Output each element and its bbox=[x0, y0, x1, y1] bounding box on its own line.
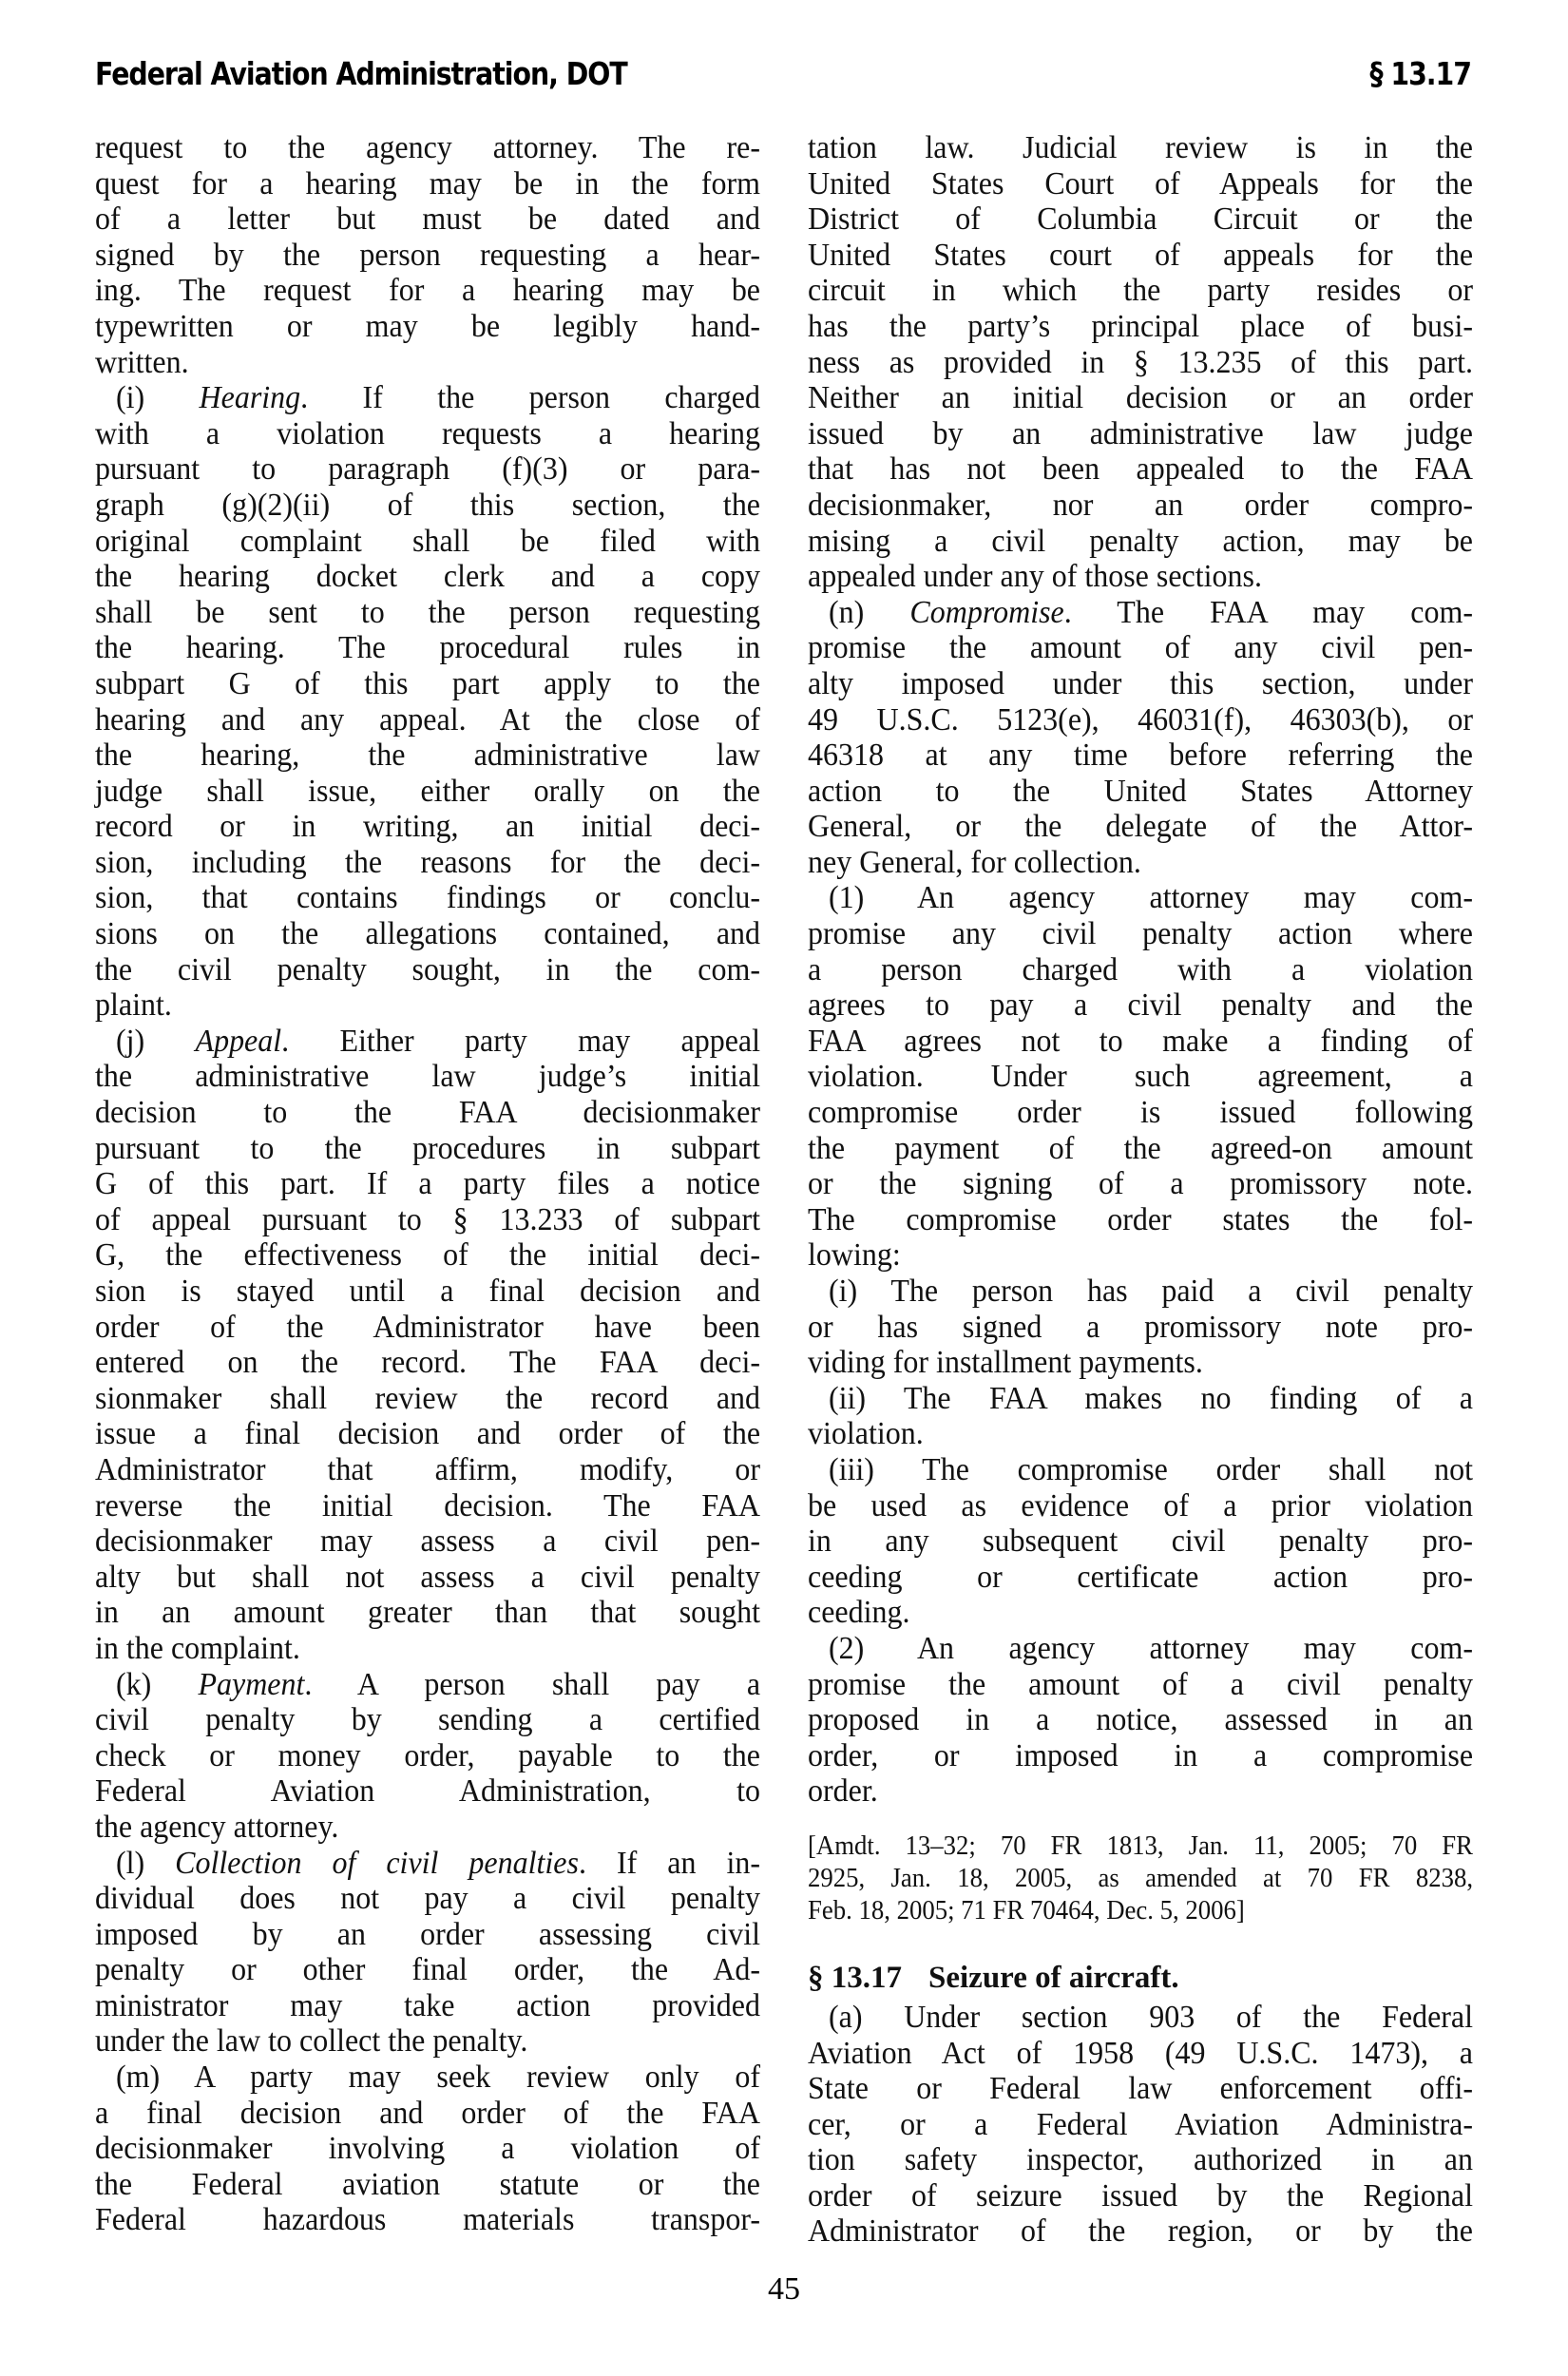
text-line: promise the amount of any civil pen- bbox=[808, 630, 1473, 666]
text-line: appealed under any of those sections. bbox=[808, 559, 1473, 595]
text-line: the hearing. The procedural rules in bbox=[95, 630, 760, 666]
text-line: Federal hazardous materials transpor- bbox=[95, 2202, 760, 2238]
text-line: the agency attorney. bbox=[95, 1810, 760, 1846]
text-line: judge shall issue, either orally on the bbox=[95, 774, 760, 810]
text-line: order. bbox=[808, 1773, 1473, 1810]
line-text: . If an in- bbox=[579, 1846, 760, 1881]
text-line: signed by the person requesting a hear- bbox=[95, 238, 760, 274]
text-line: sion is stayed until a final decision an… bbox=[95, 1274, 760, 1310]
text-line: State or Federal law enforcement offi- bbox=[808, 2071, 1473, 2107]
text-line: United States court of appeals for the bbox=[808, 238, 1473, 274]
text-line: ing. The request for a hearing may be bbox=[95, 273, 760, 309]
text-line: alty imposed under this section, under bbox=[808, 666, 1473, 702]
right-column-body: tation law. Judicial review is in theUni… bbox=[808, 130, 1473, 1810]
text-line: ney General, for collection. bbox=[808, 845, 1473, 881]
text-line: (a) Under section 903 of the Federal bbox=[808, 2000, 1473, 2036]
running-head-section: § 13.17 bbox=[1369, 53, 1471, 95]
text-line: Federal Aviation Administration, to bbox=[95, 1773, 760, 1810]
text-line: has the party’s principal place of busi- bbox=[808, 309, 1473, 345]
text-line: violation. bbox=[808, 1416, 1473, 1452]
line-text: . If the person charged bbox=[300, 380, 760, 415]
text-line: the civil penalty sought, in the com- bbox=[95, 952, 760, 988]
text-line: order, or imposed in a compromise bbox=[808, 1738, 1473, 1774]
text-line: the Federal aviation statute or the bbox=[95, 2167, 760, 2203]
text-line: in any subsequent civil penalty pro- bbox=[808, 1523, 1473, 1560]
text-line: that has not been appealed to the FAA bbox=[808, 451, 1473, 488]
text-line: violation. Under such agreement, a bbox=[808, 1059, 1473, 1095]
text-line: promise any civil penalty action where bbox=[808, 916, 1473, 952]
text-line: record or in writing, an initial deci- bbox=[95, 809, 760, 845]
text-line: written. bbox=[95, 345, 760, 381]
text-line: (j) Appeal. Either party may appeal bbox=[95, 1024, 760, 1060]
spacer bbox=[808, 1927, 1473, 1956]
left-column: request to the agency attorney. The re-q… bbox=[95, 130, 760, 2238]
text-line: shall be sent to the person requesting bbox=[95, 595, 760, 631]
spacer bbox=[808, 1810, 1473, 1830]
paragraph-heading: Compromise bbox=[909, 595, 1063, 630]
text-line: issued by an administrative law judge bbox=[808, 416, 1473, 452]
text-line: (k) Payment. A person shall pay a bbox=[95, 1667, 760, 1703]
text-line: imposed by an order assessing civil bbox=[95, 1917, 760, 1953]
text-line: order of the Administrator have been bbox=[95, 1310, 760, 1346]
text-line: civil penalty by sending a certified bbox=[95, 1702, 760, 1738]
text-line: alty but shall not assess a civil penalt… bbox=[95, 1560, 760, 1596]
text-line: 46318 at any time before referring the bbox=[808, 738, 1473, 774]
text-line: pursuant to the procedures in subpart bbox=[95, 1131, 760, 1167]
text-line: the payment of the agreed-on amount bbox=[808, 1131, 1473, 1167]
text-line: ceeding or certificate action pro- bbox=[808, 1560, 1473, 1596]
line-text: . Either party may appeal bbox=[281, 1024, 760, 1059]
text-line: of a letter but must be dated and bbox=[95, 201, 760, 238]
text-line: entered on the record. The FAA deci- bbox=[95, 1345, 760, 1381]
text-line: a person charged with a violation bbox=[808, 952, 1473, 988]
text-line: General, or the delegate of the Attor- bbox=[808, 809, 1473, 845]
text-line: The compromise order states the fol- bbox=[808, 1202, 1473, 1238]
citation-line: [Amdt. 13–32; 70 FR 1813, Jan. 11, 2005;… bbox=[808, 1830, 1473, 1863]
text-line: sion, that contains findings or conclu- bbox=[95, 880, 760, 916]
paragraph-heading: Hearing bbox=[200, 380, 301, 415]
section-heading: § 13.17Seizure of aircraft. bbox=[808, 1956, 1473, 2000]
text-line: penalty or other final order, the Ad- bbox=[95, 1952, 760, 1988]
text-line: promise the amount of a civil penalty bbox=[808, 1667, 1473, 1703]
text-line: subpart G of this part apply to the bbox=[95, 666, 760, 702]
paragraph-heading: Collection of civil penalties bbox=[175, 1846, 579, 1881]
text-line: in an amount greater than that sought bbox=[95, 1595, 760, 1631]
text-line: (2) An agency attorney may com- bbox=[808, 1631, 1473, 1667]
citation-line: Feb. 18, 2005; 71 FR 70464, Dec. 5, 2006… bbox=[808, 1895, 1473, 1927]
text-line: typewritten or may be legibly hand- bbox=[95, 309, 760, 345]
text-line: or the signing of a promissory note. bbox=[808, 1166, 1473, 1202]
section-body: (a) Under section 903 of the FederalAvia… bbox=[808, 2000, 1473, 2250]
text-line: reverse the initial decision. The FAA bbox=[95, 1488, 760, 1524]
section-title: Seizure of aircraft. bbox=[928, 1961, 1179, 1995]
text-line: graph (g)(2)(ii) of this section, the bbox=[95, 488, 760, 524]
text-line: (n) Compromise. The FAA may com- bbox=[808, 595, 1473, 631]
text-line: cer, or a Federal Aviation Administra- bbox=[808, 2107, 1473, 2143]
text-line: agrees to pay a civil penalty and the bbox=[808, 987, 1473, 1024]
text-line: plaint. bbox=[95, 987, 760, 1024]
text-line: viding for installment payments. bbox=[808, 1345, 1473, 1381]
text-line: sionmaker shall review the record and bbox=[95, 1381, 760, 1417]
text-line: of appeal pursuant to § 13.233 of subpar… bbox=[95, 1202, 760, 1238]
paragraph-label: (k) bbox=[116, 1667, 199, 1702]
text-line: FAA agrees not to make a finding of bbox=[808, 1024, 1473, 1060]
text-line: G of this part. If a party files a notic… bbox=[95, 1166, 760, 1202]
text-line: ness as provided in § 13.235 of this par… bbox=[808, 345, 1473, 381]
text-line: action to the United States Attorney bbox=[808, 774, 1473, 810]
text-line: circuit in which the party resides or bbox=[808, 273, 1473, 309]
text-line: in the complaint. bbox=[95, 1631, 760, 1667]
text-line: a final decision and order of the FAA bbox=[95, 2096, 760, 2132]
text-line: (i) The person has paid a civil penalty bbox=[808, 1274, 1473, 1310]
text-line: Administrator that affirm, modify, or bbox=[95, 1452, 760, 1488]
text-line: order of seizure issued by the Regional bbox=[808, 2178, 1473, 2214]
text-line: mising a civil penalty action, may be bbox=[808, 524, 1473, 560]
amendment-citation: [Amdt. 13–32; 70 FR 1813, Jan. 11, 2005;… bbox=[808, 1830, 1473, 1927]
text-line: proposed in a notice, assessed in an bbox=[808, 1702, 1473, 1738]
text-line: compromise order is issued following bbox=[808, 1095, 1473, 1131]
text-line: United States Court of Appeals for the bbox=[808, 166, 1473, 202]
citation-line: 2925, Jan. 18, 2005, as amended at 70 FR… bbox=[808, 1863, 1473, 1895]
paragraph-label: (l) bbox=[116, 1846, 175, 1881]
text-line: (i) Hearing. If the person charged bbox=[95, 380, 760, 416]
right-column: tation law. Judicial review is in theUni… bbox=[808, 130, 1473, 2250]
line-text: . The FAA may com- bbox=[1064, 595, 1473, 630]
text-line: ceeding. bbox=[808, 1595, 1473, 1631]
text-line: issue a final decision and order of the bbox=[95, 1416, 760, 1452]
text-line: hearing and any appeal. At the close of bbox=[95, 702, 760, 738]
text-line: Administrator of the region, or by the bbox=[808, 2213, 1473, 2250]
section-number: § 13.17 bbox=[808, 1961, 902, 1995]
text-line: request to the agency attorney. The re- bbox=[95, 130, 760, 166]
text-line: sion, including the reasons for the deci… bbox=[95, 845, 760, 881]
text-line: the administrative law judge’s initial bbox=[95, 1059, 760, 1095]
text-line: decisionmaker may assess a civil pen- bbox=[95, 1523, 760, 1560]
text-line: (m) A party may seek review only of bbox=[95, 2060, 760, 2096]
page-number: 45 bbox=[0, 2271, 1568, 2308]
line-text: . A person shall pay a bbox=[304, 1667, 760, 1702]
text-line: tion safety inspector, authorized in an bbox=[808, 2142, 1473, 2178]
text-line: Neither an initial decision or an order bbox=[808, 380, 1473, 416]
text-line: original complaint shall be filed with bbox=[95, 524, 760, 560]
running-head: Federal Aviation Administration, DOT § 1… bbox=[95, 53, 1471, 95]
text-line: District of Columbia Circuit or the bbox=[808, 201, 1473, 238]
text-line: sions on the allegations contained, and bbox=[95, 916, 760, 952]
paragraph-heading: Appeal bbox=[196, 1024, 282, 1059]
text-line: (l) Collection of civil penalties. If an… bbox=[95, 1846, 760, 1882]
text-line: dividual does not pay a civil penalty bbox=[95, 1881, 760, 1917]
text-line: or has signed a promissory note pro- bbox=[808, 1310, 1473, 1346]
text-line: (1) An agency attorney may com- bbox=[808, 880, 1473, 916]
text-line: decisionmaker involving a violation of bbox=[95, 2131, 760, 2167]
text-line: check or money order, payable to the bbox=[95, 1738, 760, 1774]
text-line: tation law. Judicial review is in the bbox=[808, 130, 1473, 166]
text-line: be used as evidence of a prior violation bbox=[808, 1488, 1473, 1524]
text-line: decisionmaker, nor an order compro- bbox=[808, 488, 1473, 524]
text-line: pursuant to paragraph (f)(3) or para- bbox=[95, 451, 760, 488]
running-head-title: Federal Aviation Administration, DOT bbox=[95, 53, 627, 95]
text-line: G, the effectiveness of the initial deci… bbox=[95, 1237, 760, 1274]
document-page: Federal Aviation Administration, DOT § 1… bbox=[0, 0, 1568, 2376]
text-line: (iii) The compromise order shall not bbox=[808, 1452, 1473, 1488]
text-line: quest for a hearing may be in the form bbox=[95, 166, 760, 202]
text-line: ministrator may take action provided bbox=[95, 1988, 760, 2024]
text-line: 49 U.S.C. 5123(e), 46031(f), 46303(b), o… bbox=[808, 702, 1473, 738]
text-line: decision to the FAA decisionmaker bbox=[95, 1095, 760, 1131]
text-line: the hearing docket clerk and a copy bbox=[95, 559, 760, 595]
text-line: Aviation Act of 1958 (49 U.S.C. 1473), a bbox=[808, 2036, 1473, 2072]
text-line: under the law to collect the penalty. bbox=[95, 2023, 760, 2060]
text-line: the hearing, the administrative law bbox=[95, 738, 760, 774]
paragraph-heading: Payment bbox=[198, 1667, 304, 1702]
text-line: (ii) The FAA makes no finding of a bbox=[808, 1381, 1473, 1417]
paragraph-label: (n) bbox=[829, 595, 909, 630]
text-line: lowing: bbox=[808, 1237, 1473, 1274]
paragraph-label: (j) bbox=[116, 1024, 196, 1059]
text-line: with a violation requests a hearing bbox=[95, 416, 760, 452]
paragraph-label: (i) bbox=[116, 380, 200, 415]
